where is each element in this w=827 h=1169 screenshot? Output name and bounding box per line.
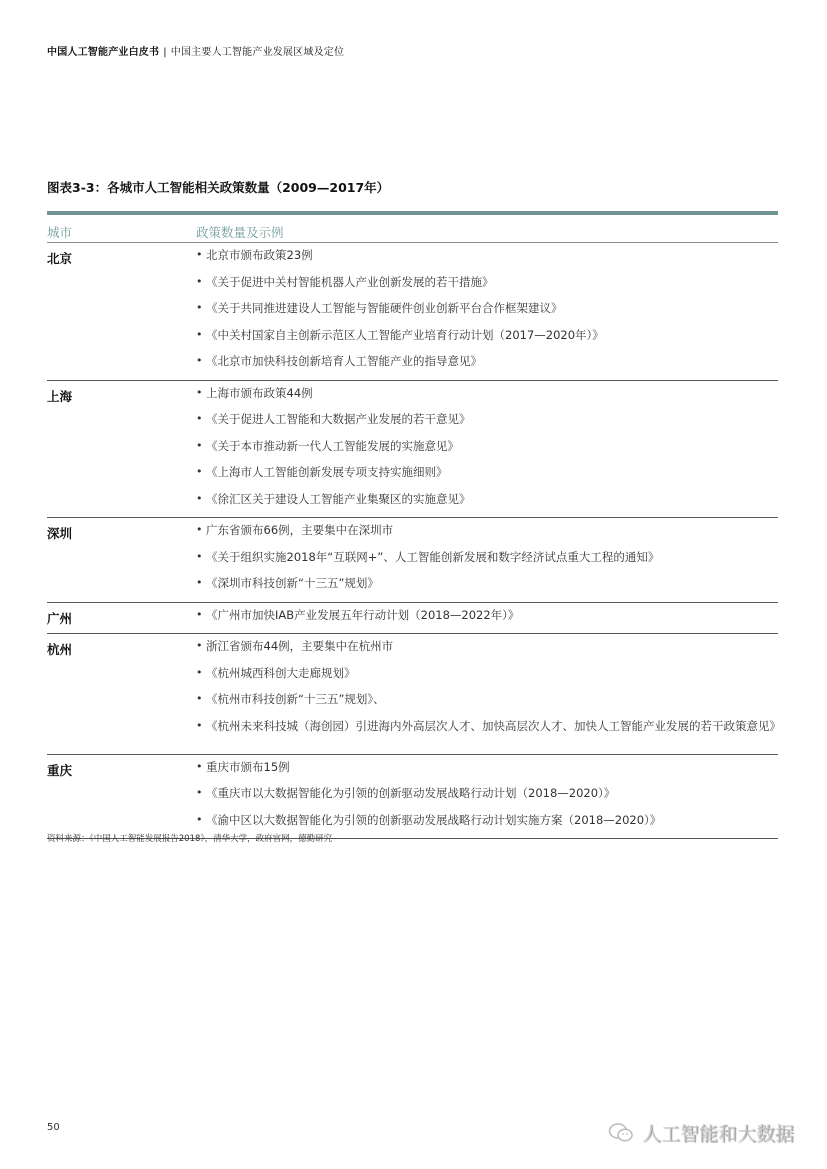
table-title: 图表3-3：各城市人工智能相关政策数量（2009—2017年）	[47, 178, 389, 196]
policy-item: •上海市颁布政策44例	[196, 385, 778, 412]
bullet-icon: •	[196, 638, 206, 654]
bullet-icon: •	[196, 607, 206, 623]
policy-text: 《广州市加快IAB产业发展五年行动计划（2018—2022年）》	[206, 607, 778, 623]
bullet-icon: •	[196, 274, 206, 290]
policy-text: 《关于组织实施2018年“互联网+”、人工智能创新发展和数字经济试点重大工程的通…	[206, 549, 778, 565]
policy-item: •浙江省颁布44例，主要集中在杭州市	[196, 638, 778, 665]
bullet-icon: •	[196, 785, 206, 801]
bullet-icon: •	[196, 491, 206, 507]
city-name: 杭州	[47, 640, 72, 658]
bullet-icon: •	[196, 691, 206, 707]
wechat-icon	[608, 1122, 634, 1144]
policy-table: 城市 政策数量及示例 北京•北京市颁布政策23例•《关于促进中关村智能机器人产业…	[47, 211, 778, 839]
city-name: 重庆	[47, 761, 72, 779]
policy-text: 浙江省颁布44例，主要集中在杭州市	[206, 638, 778, 654]
policy-item: •《徐汇区关于建设人工智能产业集聚区的实施意见》	[196, 491, 778, 518]
policy-item: •《上海市人工智能创新发展专项支持实施细则》	[196, 464, 778, 491]
policy-text: 《渝中区以大数据智能化为引领的创新驱动发展战略行动计划实施方案（2018—202…	[206, 812, 778, 828]
bullet-icon: •	[196, 759, 206, 775]
policy-text: 《深圳市科技创新“十三五”规划》	[206, 575, 778, 591]
table-header: 城市 政策数量及示例	[47, 215, 778, 243]
policy-list: •浙江省颁布44例，主要集中在杭州市•《杭州城西科创大走廊规划》•《杭州市科技创…	[196, 634, 778, 754]
policy-text: 《杭州市科技创新“十三五”规划》、	[206, 691, 778, 707]
watermark-text: 人工智能和大数据	[642, 1119, 794, 1146]
table-row: 重庆•重庆市颁布15例•《重庆市以大数据智能化为引领的创新驱动发展战略行动计划（…	[47, 755, 778, 840]
bullet-icon: •	[196, 665, 206, 681]
bullet-icon: •	[196, 438, 206, 454]
running-head: 中国人工智能产业白皮书|中国主要人工智能产业发展区域及定位	[47, 43, 344, 58]
policy-item: •《杭州城西科创大走廊规划》	[196, 665, 778, 692]
policy-text: 《杭州未来科技城（海创园）引进海内外高层次人才、加快高层次人才、加快人工智能产业…	[206, 718, 778, 734]
policy-item: •《关于组织实施2018年“互联网+”、人工智能创新发展和数字经济试点重大工程的…	[196, 549, 778, 576]
bullet-icon: •	[196, 549, 206, 565]
city-name: 广州	[47, 609, 72, 627]
policy-item: •《深圳市科技创新“十三五”规划》	[196, 575, 778, 602]
policy-text: 《关于共同推进建设人工智能与智能硬件创业创新平台合作框架建议》	[206, 300, 778, 316]
city-name: 北京	[47, 249, 72, 267]
page-number: 50	[47, 1122, 60, 1133]
policy-text: 《重庆市以大数据智能化为引领的创新驱动发展战略行动计划（2018—2020）》	[206, 785, 778, 801]
policy-text: 重庆市颁布15例	[206, 759, 778, 775]
policy-text: 《关于本市推动新一代人工智能发展的实施意见》	[206, 438, 778, 454]
bullet-icon: •	[196, 718, 206, 734]
bullet-icon: •	[196, 575, 206, 591]
source-note: 资料来源：《中国人工智能发展报告2018》，清华大学，政府官网，德勤研究	[47, 832, 332, 844]
table-body: 北京•北京市颁布政策23例•《关于促进中关村智能机器人产业创新发展的若干措施》•…	[47, 243, 778, 839]
policy-list: •《广州市加快IAB产业发展五年行动计划（2018—2022年）》	[196, 603, 778, 634]
bullet-icon: •	[196, 411, 206, 427]
policy-item: •《广州市加快IAB产业发展五年行动计划（2018—2022年）》	[196, 607, 778, 634]
bullet-icon: •	[196, 812, 206, 828]
table-row: 广州•《广州市加快IAB产业发展五年行动计划（2018—2022年）》	[47, 603, 778, 635]
header-separator: |	[163, 47, 167, 58]
policy-text: 《徐汇区关于建设人工智能产业集聚区的实施意见》	[206, 491, 778, 507]
bullet-icon: •	[196, 300, 206, 316]
column-header-policies: 政策数量及示例	[196, 223, 284, 241]
policy-text: 《中关村国家自主创新示范区人工智能产业培育行动计划（2017—2020年）》	[206, 327, 778, 343]
policy-list: •上海市颁布政策44例•《关于促进人工智能和大数据产业发展的若干意见》•《关于本…	[196, 381, 778, 518]
column-header-city: 城市	[47, 223, 72, 241]
table-row: 深圳•广东省颁布66例，主要集中在深圳市•《关于组织实施2018年“互联网+”、…	[47, 518, 778, 603]
policy-item: •《北京市加快科技创新培育人工智能产业的指导意见》	[196, 353, 778, 380]
bullet-icon: •	[196, 522, 206, 538]
table-row: 上海•上海市颁布政策44例•《关于促进人工智能和大数据产业发展的若干意见》•《关…	[47, 381, 778, 519]
policy-text: 《上海市人工智能创新发展专项支持实施细则》	[206, 464, 778, 480]
bullet-icon: •	[196, 464, 206, 480]
policy-text: 《关于促进人工智能和大数据产业发展的若干意见》	[206, 411, 778, 427]
policy-item: •《关于本市推动新一代人工智能发展的实施意见》	[196, 438, 778, 465]
report-title: 中国人工智能产业白皮书	[47, 47, 159, 58]
policy-item: •重庆市颁布15例	[196, 759, 778, 786]
bullet-icon: •	[196, 247, 206, 263]
table-row: 杭州•浙江省颁布44例，主要集中在杭州市•《杭州城西科创大走廊规划》•《杭州市科…	[47, 634, 778, 755]
policy-list: •重庆市颁布15例•《重庆市以大数据智能化为引领的创新驱动发展战略行动计划（20…	[196, 755, 778, 839]
policy-list: •广东省颁布66例，主要集中在深圳市•《关于组织实施2018年“互联网+”、人工…	[196, 518, 778, 602]
policy-item: •《关于共同推进建设人工智能与智能硬件创业创新平台合作框架建议》	[196, 300, 778, 327]
watermark: 人工智能和大数据	[608, 1119, 794, 1146]
policy-item: •《关于促进中关村智能机器人产业创新发展的若干措施》	[196, 274, 778, 301]
bullet-icon: •	[196, 327, 206, 343]
policy-text: 《关于促进中关村智能机器人产业创新发展的若干措施》	[206, 274, 778, 290]
policy-item: •《杭州未来科技城（海创园）引进海内外高层次人才、加快高层次人才、加快人工智能产…	[196, 718, 778, 754]
policy-text: 广东省颁布66例，主要集中在深圳市	[206, 522, 778, 538]
policy-text: 《北京市加快科技创新培育人工智能产业的指导意见》	[206, 353, 778, 369]
bullet-icon: •	[196, 385, 206, 401]
table-row: 北京•北京市颁布政策23例•《关于促进中关村智能机器人产业创新发展的若干措施》•…	[47, 243, 778, 381]
policy-item: •《杭州市科技创新“十三五”规划》、	[196, 691, 778, 718]
bullet-icon: •	[196, 353, 206, 369]
policy-text: 《杭州城西科创大走廊规划》	[206, 665, 778, 681]
policy-text: 上海市颁布政策44例	[206, 385, 778, 401]
policy-item: •《关于促进人工智能和大数据产业发展的若干意见》	[196, 411, 778, 438]
policy-item: •广东省颁布66例，主要集中在深圳市	[196, 522, 778, 549]
policy-item: •《中关村国家自主创新示范区人工智能产业培育行动计划（2017—2020年）》	[196, 327, 778, 354]
policy-text: 北京市颁布政策23例	[206, 247, 778, 263]
policy-item: •《重庆市以大数据智能化为引领的创新驱动发展战略行动计划（2018—2020）》	[196, 785, 778, 812]
policy-list: •北京市颁布政策23例•《关于促进中关村智能机器人产业创新发展的若干措施》•《关…	[196, 243, 778, 380]
city-name: 深圳	[47, 524, 72, 542]
policy-item: •北京市颁布政策23例	[196, 247, 778, 274]
city-name: 上海	[47, 387, 72, 405]
section-title: 中国主要人工智能产业发展区域及定位	[171, 47, 344, 58]
